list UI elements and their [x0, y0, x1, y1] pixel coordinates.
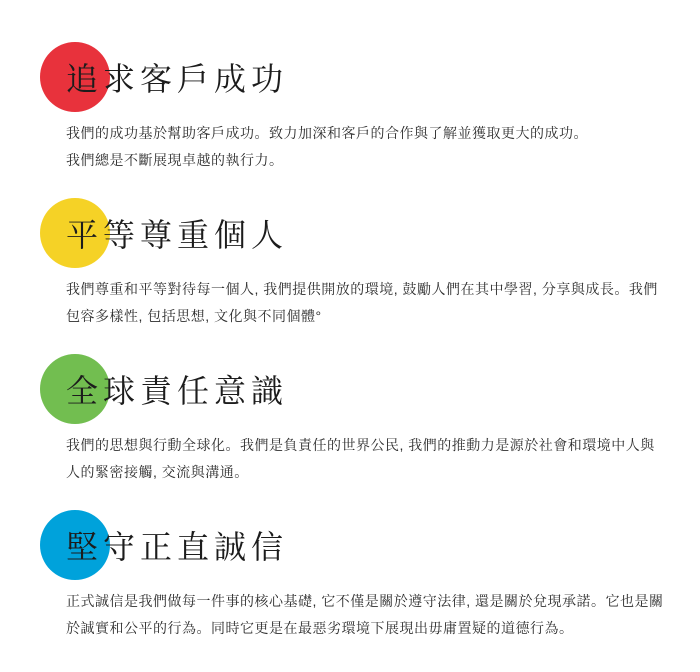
section-title: 堅守正直誠信 [66, 510, 700, 580]
section-respect-individuals: 平等尊重個人 我們尊重和平等對待每一個人, 我們提供開放的環境, 鼓勵人們在其中… [0, 198, 700, 330]
section-title: 追求客戶成功 [66, 42, 700, 112]
section-body-text: 我們尊重和平等對待每一個人, 我們提供開放的環境, 鼓勵人們在其中學習, 分享與… [66, 276, 666, 330]
section-body-text: 我們的思想與行動全球化。我們是負責任的世界公民, 我們的推動力是源於社會和環境中… [66, 432, 666, 486]
section-body-text: 正式誠信是我們做每一件事的核心基礎, 它不僅是關於遵守法律, 還是關於兌現承諾。… [66, 588, 666, 642]
section-title: 平等尊重個人 [66, 198, 700, 268]
section-integrity: 堅守正直誠信 正式誠信是我們做每一件事的核心基礎, 它不僅是關於遵守法律, 還是… [0, 510, 700, 642]
section-title: 全球責任意識 [66, 354, 700, 424]
values-page: 追求客戶成功 我們的成功基於幫助客戶成功。致力加深和客戶的合作與了解並獲取更大的… [0, 0, 700, 672]
section-body-text: 我們的成功基於幫助客戶成功。致力加深和客戶的合作與了解並獲取更大的成功。 我們總… [66, 120, 666, 174]
section-global-responsibility: 全球責任意識 我們的思想與行動全球化。我們是負責任的世界公民, 我們的推動力是源… [0, 354, 700, 486]
section-customer-success: 追求客戶成功 我們的成功基於幫助客戶成功。致力加深和客戶的合作與了解並獲取更大的… [0, 42, 700, 174]
